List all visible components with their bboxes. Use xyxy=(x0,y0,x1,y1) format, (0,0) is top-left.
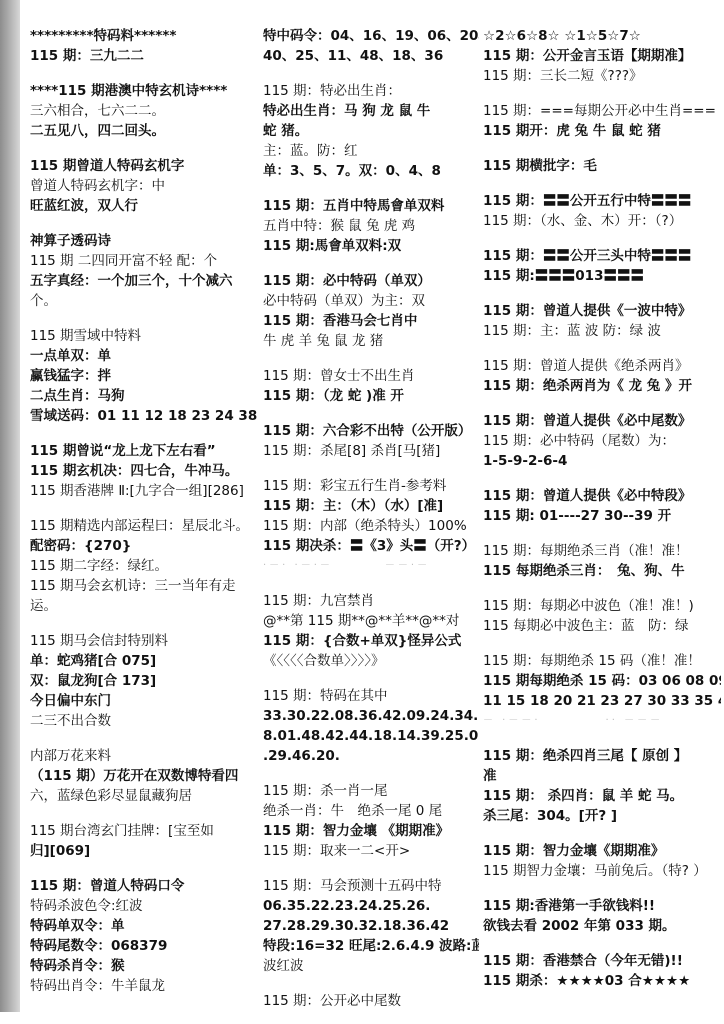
column-right: ☆2☆6☆8☆ ☆1☆5☆7☆115 期：公开金言玉语【期期准】115 期：三长… xyxy=(483,26,721,1006)
text-line: 一点单双：单 xyxy=(30,346,260,366)
text-line: 杀三尾：304。[开? ] xyxy=(483,806,721,826)
text-line: 115 期香港牌 Ⅱ:[九字合一组][286] xyxy=(30,481,260,501)
text-block: 115 期：绝杀四肖三尾【 原创 】准115 期： 杀四肖：鼠 羊 蛇 马。杀三… xyxy=(483,746,721,826)
text-line: 欲钱去看 2002 年第 033 期。 xyxy=(483,916,721,936)
text-line: 五字真经：一个加三个，十个减六 xyxy=(30,271,260,291)
text-block: 115 期:香港第一手欲钱料!!欲钱去看 2002 年第 033 期。 xyxy=(483,896,721,936)
text-line: 115 期：特码在其中 xyxy=(263,686,479,706)
text-line: 特段:16=32 旺尾:2.6.4.9 波路:蓝 xyxy=(263,936,479,956)
text-line: @**第 115 期**@**羊**@**对 xyxy=(263,611,479,631)
text-line: 旺蓝红波，双人行 xyxy=(30,196,260,216)
text-line: 单：3、5、7。双：0、4、8 xyxy=(263,161,479,181)
text-block: 115 期：曾道人提供《绝杀两肖》115 期：绝杀两肖为《 龙 兔 》开 xyxy=(483,356,721,396)
text-line: 必中特码（单双）为主：双 xyxy=(263,291,479,311)
text-line: ****115 期港澳中特玄机诗**** xyxy=(30,81,260,101)
text-line: 115 期:〓〓〓013〓〓〓 xyxy=(483,266,721,286)
text-line: 115 期：三九二二 xyxy=(30,46,260,66)
text-line: 蛇 猪。 xyxy=(263,121,479,141)
text-line: 115 期：曾女士不出生肖 xyxy=(263,366,479,386)
text-line: 115 期玄机决：四七合，牛冲马。 xyxy=(30,461,260,481)
text-block: 115 期：特必出生肖：特必出生肖：马 狗 龙 鼠 牛蛇 猪。主：蓝。防：红单：… xyxy=(263,81,479,181)
text-line: 115 期：绝杀两肖为《 龙 兔 》开 xyxy=(483,376,721,396)
text-block: 115 期精选内部运程曰：星辰北斗。配密码：{270}115 期二字经：绿红。1… xyxy=(30,516,260,616)
text-block: *********特码料******115 期：三九二二 xyxy=(30,26,260,66)
text-line: 115 期每期绝杀 15 码：03 06 08 09 xyxy=(483,671,721,691)
text-line: 115 期：五肖中特馬會单双料 xyxy=(263,196,479,216)
text-line: 特码杀肖令：猴 xyxy=(30,956,260,976)
text-line: 115 期：主：蓝 波 防：绿 波 xyxy=(483,321,721,341)
text-line: ☆2☆6☆8☆ ☆1☆5☆7☆ xyxy=(483,26,721,46)
text-line: 115 期：六合彩不出特（公开版） xyxy=(263,421,479,441)
text-line: 配密码：{270} xyxy=(30,536,260,556)
text-line: 11 15 18 20 21 23 27 30 33 35 44 45 xyxy=(483,691,721,711)
text-line: 115 期雪域中特料 xyxy=(30,326,260,346)
text-line: 115 期：曾道人提供《绝杀两肖》 xyxy=(483,356,721,376)
text-line: 115 期：彩宝五行生肖-参考料 xyxy=(263,476,479,496)
text-line: 115 期：智力金壤 《期期准》 xyxy=(263,821,479,841)
text-line: 115 期：〓〓公开五行中特〓〓〓 xyxy=(483,191,721,211)
text-line: 波红波 xyxy=(263,956,479,976)
text-line: 曾道人特码玄机字：中 xyxy=(30,176,260,196)
text-line: 神算子透码诗 xyxy=(30,231,260,251)
text-line: 1-5-9-2-6-4 xyxy=(483,451,721,471)
text-line: 双：鼠龙狗[合 173] xyxy=(30,671,260,691)
text-line: *********特码料****** xyxy=(30,26,260,46)
text-line: 115 期：（水、金、木）开：（?） xyxy=(483,211,721,231)
text-line: 115 期：必中特码（尾数）为： xyxy=(483,431,721,451)
text-line: 115 期：公开金言玉语【期期准】 xyxy=(483,46,721,66)
text-line: 115 期：特必出生肖： xyxy=(263,81,479,101)
text-line: 《〈〈〈〈合数单〉〉〉〉》 xyxy=(263,651,479,671)
text-line: 二三不出合数 xyxy=(30,711,260,731)
text-block: 115 期：马会预测十五码中特06.35.22.23.24.25.26.27.2… xyxy=(263,876,479,976)
text-block: 115 期：曾道人提供《必中尾数》115 期：必中特码（尾数）为：1-5-9-2… xyxy=(483,411,721,471)
text-block: 115 期：每期必中波色（准！准！)115 每期必中波色主：蓝 防：绿 xyxy=(483,596,721,636)
text-block: 115 期：===每期公开必中生肖===115 期开：虎 兔 牛 鼠 蛇 猪 xyxy=(483,101,721,141)
text-line: 二点生肖：马狗 xyxy=(30,386,260,406)
text-line: 115 期：杀尾[8] 杀肖[马[猪] xyxy=(263,441,479,461)
text-block: 内部万花来料（115 期）万花开在双数博特看四六，蓝绿色彩尽显鼠藏狗居 xyxy=(30,746,260,806)
text-line: 115 期：公开必中尾数 xyxy=(263,991,479,1011)
text-line: 115 期:馬會单双料:双 xyxy=(263,236,479,256)
text-line: 40、25、11、48、18、36 xyxy=(263,46,479,66)
text-block: 115 期：曾道人提供《必中特段》115 期: 01----27 30--39 … xyxy=(483,486,721,526)
text-line: （115 期）万花开在双数博特看四 xyxy=(30,766,260,786)
text-line: 115 期：曾道人提供《必中特段》 xyxy=(483,486,721,506)
text-line: 115 期： 杀四肖：鼠 羊 蛇 马。 xyxy=(483,786,721,806)
text-line: 运。 xyxy=(30,596,260,616)
text-line: 单：蛇鸡猪[合 075] xyxy=(30,651,260,671)
text-line: 115 期：三长二短《???》 xyxy=(483,66,721,86)
text-line: 115 期：九宫禁肖 xyxy=(263,591,479,611)
text-line: 115 期曾道人特码玄机字 xyxy=(30,156,260,176)
text-line: 115 期：内部（绝杀特头）100% xyxy=(263,516,479,536)
text-block: 115 期：香港禁合（今年无错)!!115 期杀：★★★★03 合★★★★ xyxy=(483,951,721,991)
text-line: 牛 虎 羊 兔 鼠 龙 猪 xyxy=(263,331,479,351)
text-block: 115 期：彩宝五行生肖-参考料115 期：主：（木）（水）[准]115 期：内… xyxy=(263,476,479,576)
text-block: 115 期：公开必中尾数 xyxy=(263,991,479,1011)
text-block: 115 期曾说“龙上龙下左右看”115 期玄机决：四七合，牛冲马。115 期香港… xyxy=(30,441,260,501)
text-line: 115 期：智力金壤《期期准》 xyxy=(483,841,721,861)
text-line: 115 期：每期必中波色（准！准！) xyxy=(483,596,721,616)
text-line: 今日偏中东门 xyxy=(30,691,260,711)
text-line: 特中码令：04、16、19、06、20、 xyxy=(263,26,479,46)
text-block: 115 期：〓〓公开五行中特〓〓〓115 期：（水、金、木）开：（?） xyxy=(483,191,721,231)
text-line: 115 期 二四同开富不轻 配：个 xyxy=(30,251,260,271)
text-line: 特码杀波色令:红波 xyxy=(30,896,260,916)
text-line: 115 期马会玄机诗：三一当年有走 xyxy=(30,576,260,596)
text-line: 115 每期必中波色主：蓝 防：绿 xyxy=(483,616,721,636)
text-block: 115 期马会信封特别料单：蛇鸡猪[合 075]双：鼠龙狗[合 173]今日偏中… xyxy=(30,631,260,731)
text-line: 特码单双令：单 xyxy=(30,916,260,936)
text-line: 雪域送码：01 11 12 18 23 24 38 48 xyxy=(30,406,260,426)
text-line: 绝杀一肖：牛 绝杀一尾 0 尾 xyxy=(263,801,479,821)
text-block: 115 期：曾道人特码口令特码杀波色令:红波特码单双令：单特码尾数令：06837… xyxy=(30,876,260,996)
text-line: 115 期：必中特码（单双） xyxy=(263,271,479,291)
text-line: 115 期：曾道人提供《必中尾数》 xyxy=(483,411,721,431)
text-line: 115 期：（龙 蛇 )准 开 xyxy=(263,386,479,406)
text-block: 115 期：每期绝杀三肖（准！准！115 每期绝杀三肖： 兔、狗、牛 xyxy=(483,541,721,581)
text-line: 115 期：每期绝杀三肖（准！准！ xyxy=(483,541,721,561)
text-line: 27.28.29.30.32.18.36.42 xyxy=(263,916,479,936)
text-line: 115 期智力金壤：马前兔后。（特? ） xyxy=(483,861,721,881)
text-line: 特必出生肖：马 狗 龙 鼠 牛 xyxy=(263,101,479,121)
text-line: 六，蓝绿色彩尽显鼠藏狗居 xyxy=(30,786,260,806)
text-block: 115 期：每期绝杀 15 码（准！准！115 期每期绝杀 15 码：03 06… xyxy=(483,651,721,731)
text-line: 二五见八，四二回头。 xyxy=(30,121,260,141)
smudge-artifact: － ·－－· ·· －－－ xyxy=(483,711,721,731)
text-line: 115 期：香港马会七肖中 xyxy=(263,311,479,331)
text-block: 115 期横批字：毛 xyxy=(483,156,721,176)
text-line: 115 期杀：★★★★03 合★★★★ xyxy=(483,971,721,991)
text-block: 115 期：〓〓公开三头中特〓〓〓115 期:〓〓〓013〓〓〓 xyxy=(483,246,721,286)
text-line: 115 期台湾玄门挂牌：[宝至如 xyxy=(30,821,260,841)
text-line: 115 期：曾道人特码口令 xyxy=(30,876,260,896)
text-line: 115 期横批字：毛 xyxy=(483,156,721,176)
smudge-artifact: ·－· ·－·－ －－·－ xyxy=(263,556,479,576)
text-line: 115 期：香港禁合（今年无错)!! xyxy=(483,951,721,971)
text-line: 115 期开：虎 兔 牛 鼠 蛇 猪 xyxy=(483,121,721,141)
text-line: 115 期：取来一二<开> xyxy=(263,841,479,861)
text-line: 内部万花来料 xyxy=(30,746,260,766)
column-middle: 特中码令：04、16、19、06、20、40、25、11、48、18、36115… xyxy=(263,26,479,1024)
text-line: 115 期：绝杀四肖三尾【 原创 】 xyxy=(483,746,721,766)
text-line: 115 期: 01----27 30--39 开 xyxy=(483,506,721,526)
text-line: 赢钱猛字：拌 xyxy=(30,366,260,386)
lottery-tip-sheet-page: *********特码料******115 期：三九二二****115 期港澳中… xyxy=(0,0,724,1024)
text-line: 06.35.22.23.24.25.26. xyxy=(263,896,479,916)
text-block: ****115 期港澳中特玄机诗****三六相合，七六二二。二五见八，四二回头。 xyxy=(30,81,260,141)
text-line: 个。 xyxy=(30,291,260,311)
text-line: 115 期：曾道人提供《一波中特》 xyxy=(483,301,721,321)
text-line: 115 期：〓〓公开三头中特〓〓〓 xyxy=(483,246,721,266)
text-block: 115 期曾道人特码玄机字曾道人特码玄机字：中旺蓝红波，双人行 xyxy=(30,156,260,216)
text-block: 115 期：九宫禁肖@**第 115 期**@**羊**@**对115 期：{合… xyxy=(263,591,479,671)
text-line: 115 期：===每期公开必中生肖=== xyxy=(483,101,721,121)
text-block: 神算子透码诗115 期 二四同开富不轻 配：个五字真经：一个加三个，十个减六个。 xyxy=(30,231,260,311)
text-block: 115 期：杀一肖一尾绝杀一肖：牛 绝杀一尾 0 尾115 期：智力金壤 《期期… xyxy=(263,781,479,861)
text-block: 115 期台湾玄门挂牌：[宝至如归][069] xyxy=(30,821,260,861)
text-block: 115 期：五肖中特馬會单双料五肖中特：猴 鼠 兔 虎 鸡115 期:馬會单双料… xyxy=(263,196,479,256)
text-line: 115 期：杀一肖一尾 xyxy=(263,781,479,801)
text-line: 115 期：主：（木）（水）[准] xyxy=(263,496,479,516)
text-line: 特码尾数令：068379 xyxy=(30,936,260,956)
text-line: 主：蓝。防：红 xyxy=(263,141,479,161)
text-block: 115 期：必中特码（单双）必中特码（单双）为主：双115 期：香港马会七肖中牛… xyxy=(263,271,479,351)
text-line: 115 期曾说“龙上龙下左右看” xyxy=(30,441,260,461)
text-line: 三六相合，七六二二。 xyxy=(30,101,260,121)
text-block: ☆2☆6☆8☆ ☆1☆5☆7☆115 期：公开金言玉语【期期准】115 期：三长… xyxy=(483,26,721,86)
text-line: 115 期马会信封特别料 xyxy=(30,631,260,651)
text-line: 115 期精选内部运程曰：星辰北斗。 xyxy=(30,516,260,536)
text-line: 115 期：{合数+单双}怪异公式 xyxy=(263,631,479,651)
text-line: 准 xyxy=(483,766,721,786)
text-block: 115 期：特码在其中33.30.22.08.36.42.09.24.34.26… xyxy=(263,686,479,766)
text-line: .29.46.20. xyxy=(263,746,479,766)
text-line: 特码出肖令：牛羊鼠龙 xyxy=(30,976,260,996)
text-line: 115 期:香港第一手欲钱料!! xyxy=(483,896,721,916)
text-block: 115 期雪域中特料一点单双：单赢钱猛字：拌二点生肖：马狗雪域送码：01 11 … xyxy=(30,326,260,426)
text-line: 115 期：每期绝杀 15 码（准！准！ xyxy=(483,651,721,671)
text-block: 特中码令：04、16、19、06、20、40、25、11、48、18、36 xyxy=(263,26,479,66)
text-line: 115 期二字经：绿红。 xyxy=(30,556,260,576)
text-line: 8.01.48.42.44.18.14.39.25.06.10.40 xyxy=(263,726,479,746)
text-line: 五肖中特：猴 鼠 兔 虎 鸡 xyxy=(263,216,479,236)
text-line: 115 期决杀：〓《3》头〓（开?） xyxy=(263,536,479,556)
text-block: 115 期：智力金壤《期期准》115 期智力金壤：马前兔后。（特? ） xyxy=(483,841,721,881)
text-block: 115 期：曾道人提供《一波中特》115 期：主：蓝 波 防：绿 波 xyxy=(483,301,721,341)
scan-edge-strip xyxy=(0,0,20,1012)
text-line: 归][069] xyxy=(30,841,260,861)
text-block: 115 期：曾女士不出生肖115 期：（龙 蛇 )准 开 xyxy=(263,366,479,406)
text-line: 115 每期绝杀三肖： 兔、狗、牛 xyxy=(483,561,721,581)
text-block: 115 期：六合彩不出特（公开版）115 期：杀尾[8] 杀肖[马[猪] xyxy=(263,421,479,461)
text-line: 33.30.22.08.36.42.09.24.34.26.19.3 xyxy=(263,706,479,726)
column-left: *********特码料******115 期：三九二二****115 期港澳中… xyxy=(30,26,260,1011)
text-line: 115 期：马会预测十五码中特 xyxy=(263,876,479,896)
